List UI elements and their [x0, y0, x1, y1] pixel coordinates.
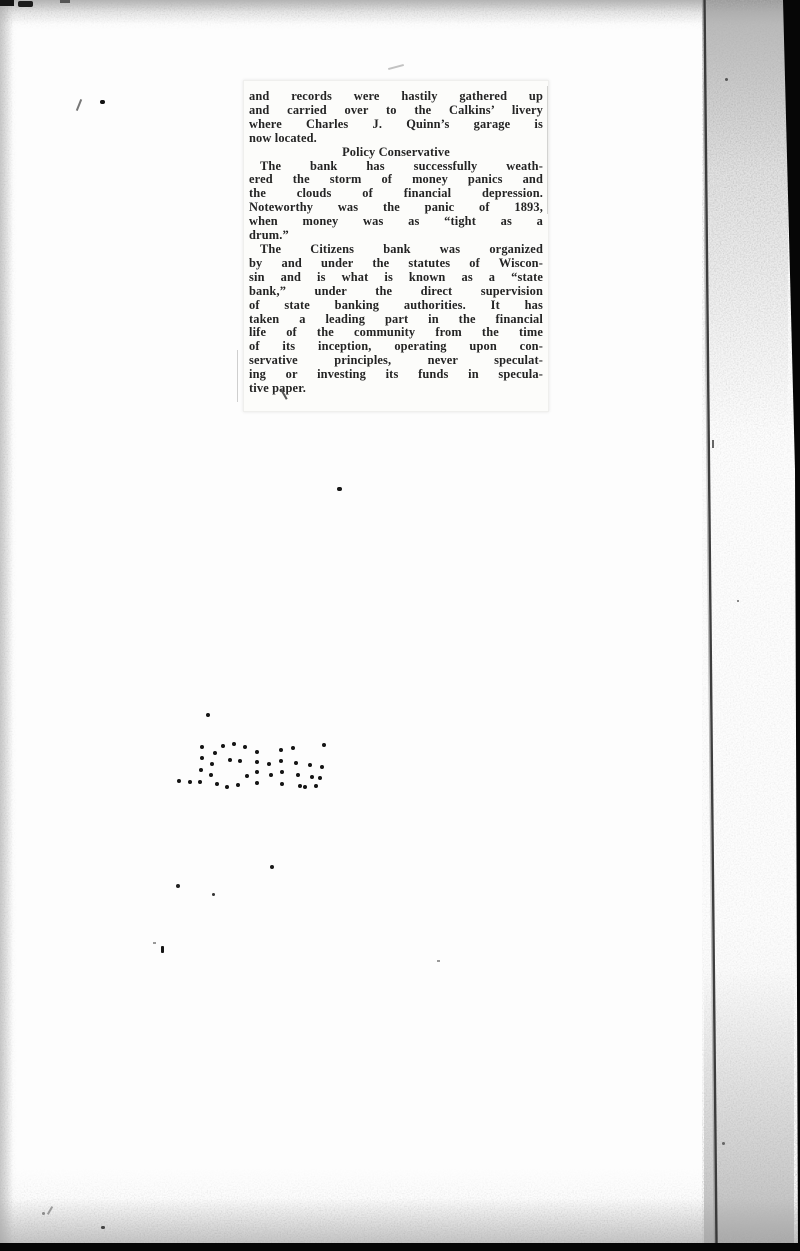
speck — [237, 350, 238, 402]
scan-page: { "document": { "kind": "scanned newspap… — [0, 0, 800, 1251]
perforation-dot — [206, 713, 210, 717]
perforation-dot — [267, 762, 271, 766]
clipping-text-line: ing or investing its funds in specula- — [249, 368, 543, 382]
speck — [737, 600, 739, 602]
page-crease-soft — [703, 0, 715, 1243]
page-crease — [705, 0, 717, 1243]
clipping-text-line: and records were hastily gathered up — [249, 90, 543, 104]
perforation-dot — [209, 773, 213, 777]
speck — [47, 1206, 53, 1215]
perforation-dot — [294, 761, 298, 765]
clipping-text-line: taken a leading part in the financial — [249, 313, 543, 327]
speck — [212, 893, 215, 896]
speck — [722, 1142, 725, 1145]
speck — [18, 1, 33, 7]
clipping-text-line: where Charles J. Quinn’s garage is — [249, 118, 543, 132]
speck — [161, 946, 164, 953]
clipping-text-line: ered the storm of money panics and — [249, 173, 543, 187]
perforation-dot — [199, 768, 203, 772]
right-bottom-edge-shading — [704, 970, 794, 1243]
right-top-edge-shading — [704, 0, 788, 430]
perforation-dot — [245, 774, 249, 778]
perforation-dot — [322, 743, 326, 747]
clipping-text-line: servative principles, never speculat- — [249, 354, 543, 368]
perforation-dot — [177, 779, 181, 783]
perforation-dot — [279, 748, 283, 752]
clipping-text-line: and carried over to the Calkins’ livery — [249, 104, 543, 118]
speck — [388, 64, 404, 70]
perforation-dot — [228, 758, 232, 762]
perforation-dot — [200, 756, 204, 760]
perforation-dot — [280, 770, 284, 774]
clipping-text-line: The bank has successfully weath- — [249, 160, 543, 174]
bottom-black-edge — [0, 1243, 800, 1251]
bottom-edge-grain — [0, 1168, 800, 1243]
speck — [101, 1226, 105, 1229]
left-edge-shading — [0, 0, 13, 1251]
clipping-text-line: of state banking authorities. It has — [249, 299, 543, 313]
perforation-dot — [200, 745, 204, 749]
clipping-text-line: Noteworthy was the panic of 1893, — [249, 201, 543, 215]
speck — [176, 884, 180, 888]
speck — [270, 865, 274, 869]
clipping-text-line: when money was as “tight as a — [249, 215, 543, 229]
bottom-edge-shading — [0, 1198, 800, 1243]
right-strip-grain — [702, 0, 800, 1251]
perforation-dot — [320, 765, 324, 769]
right-top-grain — [702, 0, 800, 470]
speck — [712, 440, 714, 448]
perforation-dot — [232, 742, 236, 746]
perforation-dot — [308, 763, 312, 767]
clipping-text-line: tive paper. — [249, 382, 543, 396]
perforation-dot — [279, 759, 283, 763]
right-black-edge — [783, 0, 800, 1251]
perforation-dot — [215, 782, 219, 786]
speck — [337, 487, 342, 491]
perforation-dot — [310, 775, 314, 779]
clipping-text-line: the clouds of financial depression. — [249, 187, 543, 201]
clipping-text-line: sin and is what is known as a “state — [249, 271, 543, 285]
perforation-dot — [298, 784, 302, 788]
perforation-dot — [318, 776, 322, 780]
perforation-dot — [221, 744, 225, 748]
perforation-dot — [296, 773, 300, 777]
clipping-text: and records were hastily gathered upand … — [249, 90, 543, 396]
perforation-dot — [255, 760, 259, 764]
speck — [437, 960, 440, 962]
perforation-dot — [188, 780, 192, 784]
speck — [153, 942, 156, 944]
speck — [0, 0, 14, 6]
top-edge-shading — [0, 0, 800, 24]
clipping-subheading: Policy Conservative — [249, 146, 543, 160]
newspaper-clipping: and records were hastily gathered upand … — [243, 80, 549, 412]
perforation-dot — [236, 783, 240, 787]
perforation-dot — [213, 751, 217, 755]
perforation-dot — [198, 780, 202, 784]
clipping-text-line: of its inception, operating upon con- — [249, 340, 543, 354]
perforation-dot — [280, 782, 284, 786]
speck — [60, 0, 70, 3]
clipping-text-line: by and under the statutes of Wiscon- — [249, 257, 543, 271]
perforation-dot — [225, 785, 229, 789]
perforation-dot — [243, 745, 247, 749]
clipping-text-line: life of the community from the time — [249, 326, 543, 340]
speck — [42, 1212, 45, 1215]
top-edge-grain — [0, 0, 800, 30]
clipping-text-line: now located. — [249, 132, 543, 146]
speck — [100, 100, 105, 104]
clipping-text-line: drum.” — [249, 229, 543, 243]
perforation-dot — [269, 773, 273, 777]
left-edge-grain — [0, 0, 17, 1251]
perforation-dot — [210, 762, 214, 766]
speck — [725, 78, 728, 81]
perforation-dot — [314, 784, 318, 788]
perforation-dot — [255, 770, 259, 774]
right-bottom-grain — [702, 920, 800, 1243]
perforation-dot — [255, 750, 259, 754]
clipping-text-line: The Citizens bank was organized — [249, 243, 543, 257]
perforation-dot — [255, 781, 259, 785]
speck — [76, 99, 82, 111]
clipping-text-line: bank,” under the direct supervision — [249, 285, 543, 299]
perforation-dot — [291, 746, 295, 750]
perforation-dot — [238, 759, 242, 763]
perforation-dot — [303, 785, 307, 789]
